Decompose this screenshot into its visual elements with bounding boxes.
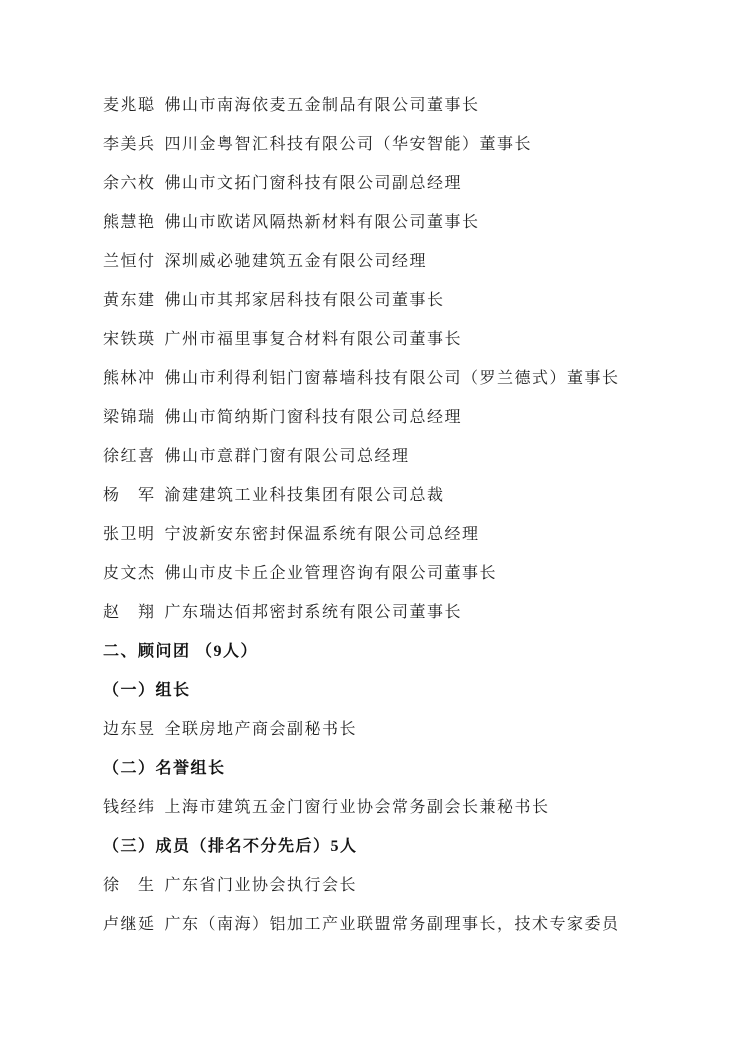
member-name: 兰恒付 [103, 242, 156, 281]
subheading-members: （三）成员（排名不分先后）5人 [103, 827, 690, 866]
member-name: 余六枚 [103, 164, 156, 203]
member-name: 黄东建 [103, 281, 156, 320]
member-name: 梁锦瑞 [103, 398, 156, 437]
member-row: 杨 军渝建建筑工业科技集团有限公司总裁 [103, 476, 690, 515]
member-title: 广州市福里事复合材料有限公司董事长 [165, 331, 463, 348]
member-title: 全联房地产商会副秘书长 [165, 721, 358, 738]
member-name: 熊慧艳 [103, 203, 156, 242]
member-row: 余六枚佛山市文拓门窗科技有限公司副总经理 [103, 164, 690, 203]
member-name: 李美兵 [103, 125, 156, 164]
member-name: 皮文杰 [103, 554, 156, 593]
member-name: 赵 翔 [103, 593, 156, 632]
member-title: 宁波新安东密封保温系统有限公司总经理 [165, 526, 480, 543]
member-title: 佛山市文拓门窗科技有限公司副总经理 [165, 175, 463, 192]
member-title: 深圳威必驰建筑五金有限公司经理 [165, 253, 428, 270]
member-name: 宋铁瑛 [103, 320, 156, 359]
member-title: 佛山市简纳斯门窗科技有限公司总经理 [165, 409, 463, 426]
member-row: 赵 翔广东瑞达佰邦密封系统有限公司董事长 [103, 593, 690, 632]
member-title: 佛山市欧诺风隔热新材料有限公司董事长 [165, 214, 480, 231]
member-title: 广东（南海）铝加工产业联盟常务副理事长，技术专家委员 [165, 916, 620, 933]
member-name: 卢继延 [103, 905, 156, 944]
member-row: 麦兆聪佛山市南海依麦五金制品有限公司董事长 [103, 86, 690, 125]
member-name: 杨 军 [103, 476, 156, 515]
member-row: 徐红喜佛山市意群门窗有限公司总经理 [103, 437, 690, 476]
member-row: 黄东建佛山市其邦家居科技有限公司董事长 [103, 281, 690, 320]
member-name: 边东昱 [103, 710, 156, 749]
member-title: 佛山市皮卡丘企业管理咨询有限公司董事长 [165, 565, 498, 582]
member-row: 李美兵四川金粤智汇科技有限公司（华安智能）董事长 [103, 125, 690, 164]
member-row: 张卫明宁波新安东密封保温系统有限公司总经理 [103, 515, 690, 554]
member-title: 四川金粤智汇科技有限公司（华安智能）董事长 [165, 136, 533, 153]
member-row: 钱经纬上海市建筑五金门窗行业协会常务副会长兼秘书长 [103, 788, 690, 827]
member-title: 上海市建筑五金门窗行业协会常务副会长兼秘书长 [165, 799, 550, 816]
member-row: 边东昱全联房地产商会副秘书长 [103, 710, 690, 749]
member-row: 宋铁瑛广州市福里事复合材料有限公司董事长 [103, 320, 690, 359]
member-title: 广东瑞达佰邦密封系统有限公司董事长 [165, 604, 463, 621]
member-name: 熊林冲 [103, 359, 156, 398]
member-row: 卢继延广东（南海）铝加工产业联盟常务副理事长，技术专家委员 [103, 905, 690, 944]
member-row: 徐 生广东省门业协会执行会长 [103, 866, 690, 905]
member-title: 佛山市意群门窗有限公司总经理 [165, 448, 410, 465]
section-heading-advisory-group: 二、顾问团 （9人） [103, 632, 690, 671]
member-title: 佛山市南海依麦五金制品有限公司董事长 [165, 97, 480, 114]
member-row: 熊林冲佛山市利得利铝门窗幕墙科技有限公司（罗兰德式）董事长 [103, 359, 690, 398]
subheading-group-leader: （一）组长 [103, 671, 690, 710]
member-row: 兰恒付深圳威必驰建筑五金有限公司经理 [103, 242, 690, 281]
member-title: 广东省门业协会执行会长 [165, 877, 358, 894]
member-row: 梁锦瑞佛山市简纳斯门窗科技有限公司总经理 [103, 398, 690, 437]
document-page: 麦兆聪佛山市南海依麦五金制品有限公司董事长 李美兵四川金粤智汇科技有限公司（华安… [0, 0, 745, 1053]
member-name: 钱经纬 [103, 788, 156, 827]
member-name: 张卫明 [103, 515, 156, 554]
member-name: 徐 生 [103, 866, 156, 905]
subheading-honorary-leader: （二）名誉组长 [103, 749, 690, 788]
member-title: 渝建建筑工业科技集团有限公司总裁 [165, 487, 445, 504]
member-row: 皮文杰佛山市皮卡丘企业管理咨询有限公司董事长 [103, 554, 690, 593]
member-title: 佛山市其邦家居科技有限公司董事长 [165, 292, 445, 309]
member-name: 麦兆聪 [103, 86, 156, 125]
member-row: 熊慧艳佛山市欧诺风隔热新材料有限公司董事长 [103, 203, 690, 242]
member-name: 徐红喜 [103, 437, 156, 476]
member-title: 佛山市利得利铝门窗幕墙科技有限公司（罗兰德式）董事长 [165, 370, 620, 387]
